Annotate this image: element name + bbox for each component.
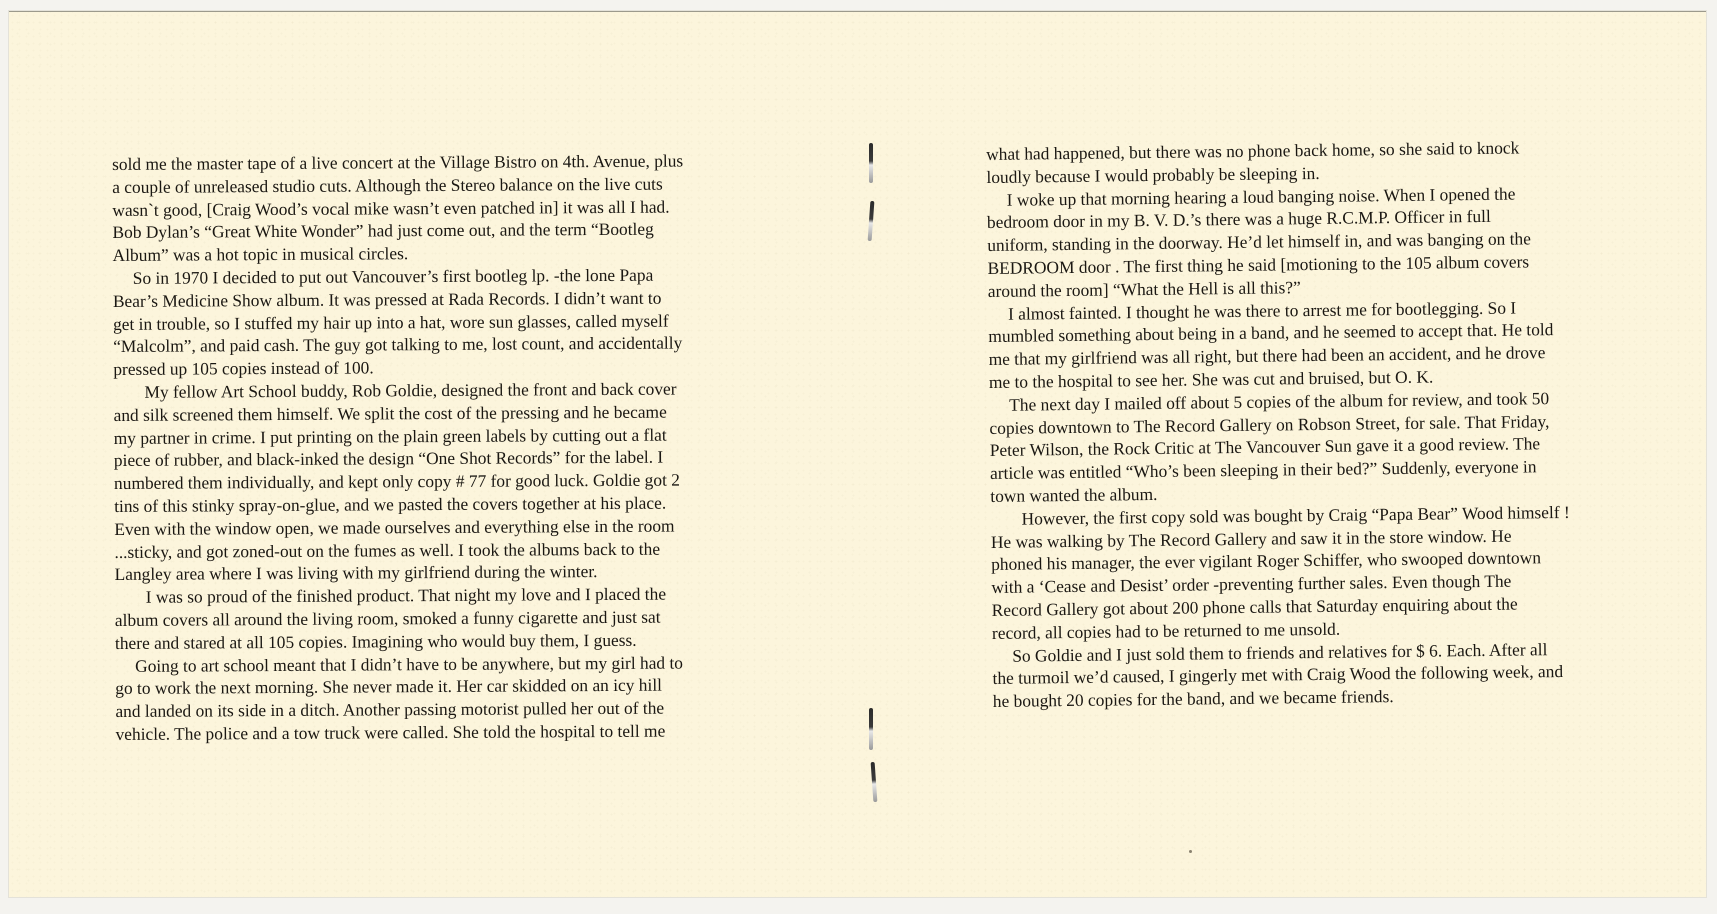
right-page: what had happened, but there was no phon… (986, 135, 1668, 713)
staple-icon (869, 708, 873, 750)
staple-icon (871, 762, 878, 802)
left-page: sold me the master tape of a live concer… (112, 149, 781, 746)
staple-icon (868, 201, 875, 241)
booklet-spread: sold me the master tape of a live concer… (9, 11, 1706, 897)
text-line: Going to art school meant that I didn’t … (115, 650, 780, 677)
text-line: “Malcolm”, and paid cash. The guy got ta… (113, 331, 778, 358)
paper-speck (1189, 850, 1192, 853)
text-line: numbered them individually, and kept onl… (114, 468, 779, 495)
staple-icon (869, 143, 873, 183)
text-line: vehicle. The police and a tow truck were… (115, 719, 780, 746)
text-line: sold me the master tape of a live concer… (112, 149, 777, 176)
